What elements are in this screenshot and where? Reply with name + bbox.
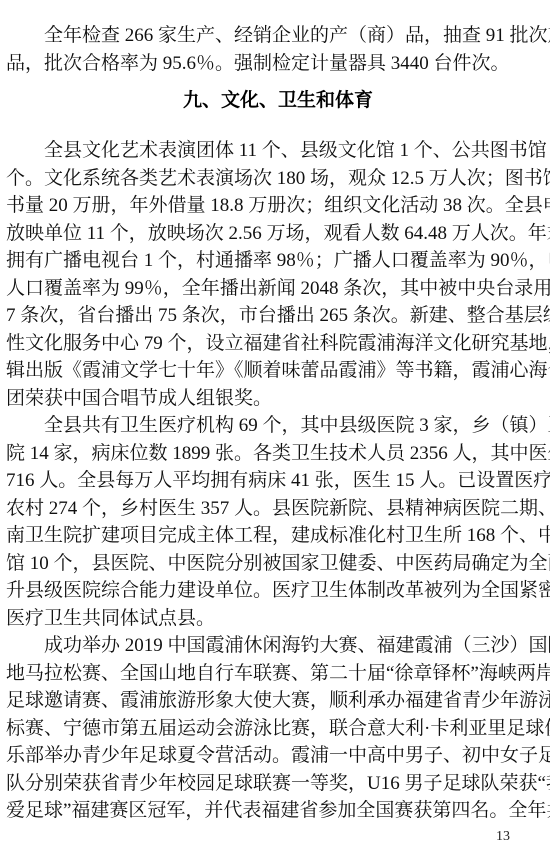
text-line: 书量 20 万册，年外借量 18.8 万册次；组织文化活动 38 次。全县电影	[6, 192, 550, 220]
section-heading: 九、文化、卫生和体育	[6, 87, 550, 115]
text-line: 院 14 家，病床位数 1899 张。各类卫生技术人员 2356 人，其中医生	[6, 440, 550, 468]
text-line: 南卫生院扩建项目完成主体工程，建成标准化村卫生所 168 个、中医	[6, 522, 550, 550]
text-line: 医疗卫生共同体试点县。	[6, 605, 550, 633]
paragraph-sports: 成功举办 2019 中国霞浦休闲海钓大赛、福建霞浦（三沙）国际山 地马拉松赛、全…	[6, 632, 550, 825]
text-line: 全县共有卫生医疗机构 69 个，其中县级医院 3 家，乡（镇）卫生	[6, 412, 550, 440]
text-line: 人口覆盖率为 99％，全年播出新闻 2048 条次，其中被中央台录用播出	[6, 275, 550, 303]
text-line: 乐部举办青少年足球夏令营活动。霞浦一中高中男子、初中女子足球	[6, 742, 550, 770]
paragraph-inspection: 全年检查 266 家生产、经销企业的产（商）品，抽查 91 批次产 品，批次合格…	[6, 22, 550, 77]
page-number: 13	[6, 828, 550, 845]
text-line: 队分别荣获省青少年校园足球联赛一等奖，U16 男子足球队荣获“我	[6, 770, 550, 798]
text-line: 716 人。全县每万人平均拥有病床 41 张，医生 15 人。已设置医疗点的	[6, 467, 550, 495]
text-line: 地马拉松赛、全国山地自行车联赛、第二十届“徐章铎杯”海峡两岸	[6, 660, 550, 688]
paragraph-culture: 全县文化艺术表演团体 11 个、县级文化馆 1 个、公共图书馆 1 个。文化系统…	[6, 137, 550, 412]
text-line: 标赛、宁德市第五届运动会游泳比赛，联合意大利·卡利亚里足球俱	[6, 715, 550, 743]
text-line: 品，批次合格率为 95.6％。强制检定计量器具 3440 台件次。	[6, 50, 550, 78]
text-line: 农村 274 个，乡村医生 357 人。县医院新院、县精神病医院二期、溪	[6, 495, 550, 523]
text-line: 性文化服务中心 79 个，设立福建省社科院霞浦海洋文化研究基地，编	[6, 330, 550, 358]
text-line: 全年检查 266 家生产、经销企业的产（商）品，抽查 91 批次产	[6, 22, 550, 50]
text-line: 馆 10 个，县医院、中医院分别被国家卫健委、中医药局确定为全面提	[6, 550, 550, 578]
text-line: 成功举办 2019 中国霞浦休闲海钓大赛、福建霞浦（三沙）国际山	[6, 632, 550, 660]
document-page: 全年检查 266 家生产、经销企业的产（商）品，抽查 91 批次产 品，批次合格…	[0, 0, 560, 859]
text-line: 拥有广播电视台 1 个，村通播率 98％；广播人口覆盖率为 90％，电视	[6, 247, 550, 275]
text-line: 辑出版《霞浦文学七十年》《顺着味蕾品霞浦》等书籍，霞浦心海合唱	[6, 357, 550, 385]
text-line: 7 条次，省台播出 75 条次，市台播出 265 条次。新建、整合基层综合	[6, 302, 550, 330]
paragraph-health: 全县共有卫生医疗机构 69 个，其中县级医院 3 家，乡（镇）卫生 院 14 家…	[6, 412, 550, 632]
text-line: 足球邀请赛、霞浦旅游形象大使大赛，顺利承办福建省青少年游泳锦	[6, 687, 550, 715]
text-line: 爱足球”福建赛区冠军，并代表福建省参加全国赛获第四名。全年共	[6, 797, 550, 825]
text-line: 团荣获中国合唱节成人组银奖。	[6, 385, 550, 413]
text-line: 个。文化系统各类艺术表演场次 180 场，观众 12.5 万人次；图书馆藏	[6, 165, 550, 193]
text-line: 全县文化艺术表演团体 11 个、县级文化馆 1 个、公共图书馆 1	[6, 137, 550, 165]
text-line: 升县级医院综合能力建设单位。医疗卫生体制改革被列为全国紧密型	[6, 577, 550, 605]
text-line: 放映单位 11 个，放映场次 2.56 万场，观看人数 64.48 万人次。年末	[6, 220, 550, 248]
